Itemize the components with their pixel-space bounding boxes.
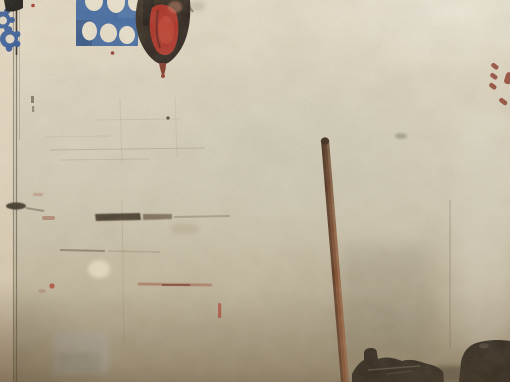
corner-red-dot: [31, 4, 35, 8]
dark-line-faint: [108, 251, 160, 252]
red-fleck: [38, 289, 46, 293]
stick-shade-edge: [321, 140, 344, 382]
floor-shadow: [436, 366, 470, 382]
dark-object-left: [352, 348, 444, 382]
red-dash: [42, 216, 55, 220]
dark-line: [60, 250, 105, 251]
rust-dot: [498, 97, 508, 106]
panel-light: [118, 0, 138, 18]
right-light-band: [444, 110, 510, 350]
panel-hole: [107, 0, 125, 13]
soot-dot: [166, 116, 169, 119]
scratch-line: [60, 159, 150, 160]
small-dash: [32, 106, 34, 112]
paint-marks: [33, 1, 407, 374]
red-fleck: [33, 193, 43, 196]
gray-patch: [54, 333, 108, 374]
left-edge-strip: [0, 0, 13, 382]
grain-texture: [0, 0, 510, 382]
hanging-wire: [186, 2, 193, 12]
grain-overlay: [0, 0, 510, 382]
rust-dot: [503, 71, 510, 85]
pale-blob: [88, 260, 110, 278]
wall-background: [0, 0, 510, 382]
scratch-line: [95, 119, 180, 120]
rust-dot: [488, 82, 497, 91]
rust-dot-cluster: [488, 62, 510, 106]
vignette-overlay: [0, 0, 510, 382]
rust-dot: [489, 72, 498, 81]
gear-tooth: [14, 41, 20, 47]
object-highlight-streak: [368, 366, 420, 370]
pencil-scratches: [45, 97, 205, 345]
brown-smudge: [171, 224, 199, 234]
scene-shapes: [0, 0, 510, 382]
panel-shade: [76, 20, 92, 46]
stick-highlight-edge: [327, 140, 350, 382]
red-streak: [138, 284, 212, 285]
red-paint: [150, 5, 179, 56]
gray-smudge: [395, 133, 407, 139]
paint-drip: [159, 63, 166, 77]
panel-hole: [82, 22, 97, 41]
pink-smudge: [168, 1, 182, 13]
broom-stick: [321, 137, 349, 382]
dash-tail: [174, 216, 230, 217]
mottle-texture: [0, 0, 510, 382]
dark-dash-faded: [143, 214, 172, 220]
red-dot: [49, 283, 54, 288]
bag-body: [136, 0, 191, 65]
scratch-line: [45, 136, 110, 137]
panel-hole: [119, 26, 135, 44]
scratch-line: [175, 97, 177, 158]
perforated-blue-panel: [76, 0, 142, 55]
gray-patch-shade: [58, 352, 102, 372]
gear-tooth: [14, 31, 20, 37]
scratch-line: [122, 200, 124, 345]
panel-hole: [128, 0, 142, 11]
studio-wall-photograph: [0, 0, 510, 382]
panel-board: [76, 0, 138, 46]
panel-red-speck: [111, 51, 115, 55]
film-edge-lines: [14, 0, 20, 382]
bag-stem-shadow: [143, 0, 154, 26]
stick-shaft: [321, 140, 349, 382]
drip-tip: [161, 74, 165, 78]
panel-hole: [85, 0, 103, 11]
paint-streak: [157, 10, 160, 48]
rust-dot: [490, 62, 499, 71]
wall-tonal-tint: [0, 0, 510, 382]
mottle-light-texture: [0, 0, 510, 382]
object-highlight-streak: [386, 371, 412, 374]
scratch-line: [50, 148, 205, 150]
dark-dash: [95, 213, 141, 221]
hanging-bag: [136, 0, 193, 78]
panel-hole: [100, 24, 117, 43]
hook-shadow: [189, 1, 205, 11]
wall-shadow-column: [340, 248, 432, 363]
red-dash-vertical: [218, 303, 221, 318]
smudge-tail: [26, 208, 44, 211]
red-paint-core: [158, 16, 174, 44]
stick-tip: [321, 137, 329, 144]
scratch-line: [120, 100, 122, 165]
small-dash: [31, 96, 34, 103]
